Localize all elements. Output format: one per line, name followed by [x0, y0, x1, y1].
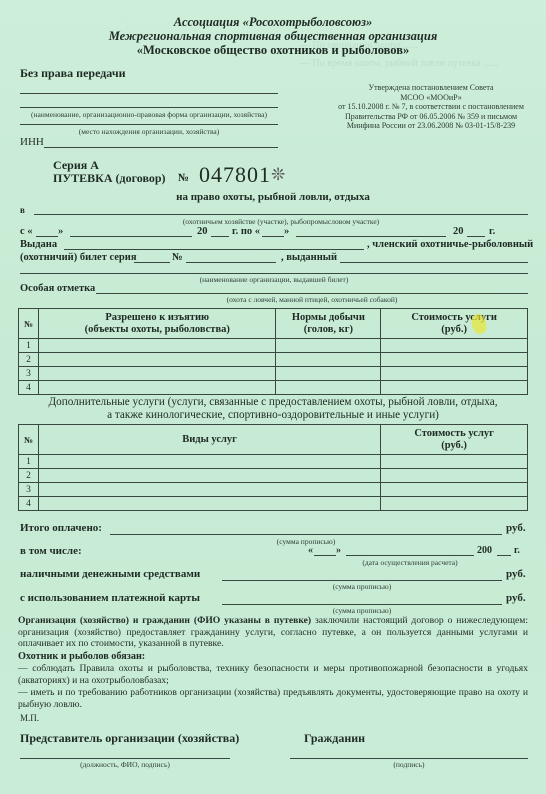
harvest-table-cell[interactable] [276, 353, 381, 367]
contract-paragraph: Организация (хозяйство) и гражданин (ФИО… [18, 615, 528, 650]
voucher-number: 047801 [199, 162, 271, 188]
card-amount-caption: (сумма прописью) [222, 606, 502, 615]
card-label: с использованием платежной карты [20, 592, 200, 604]
rub-label: руб. [506, 522, 526, 534]
date-to-year[interactable] [467, 236, 485, 237]
stamp-placeholder: М.П. [20, 713, 39, 723]
harvest-table-cell[interactable] [276, 367, 381, 381]
citizen-caption: (подпись) [290, 760, 528, 769]
extra-table-row: 2 [19, 469, 528, 483]
approval-line: Минфина России от 23.06.2008 № 03-01-15/… [316, 121, 546, 131]
harvest-table-cell[interactable] [381, 381, 528, 395]
association-name: Ассоциация «Росохотрыболовсоюз» [0, 16, 546, 29]
pay-date-open: « [308, 545, 313, 556]
total-paid-field[interactable] [110, 534, 502, 535]
inn-label: ИНН [20, 136, 44, 148]
representative-signature-field[interactable] [20, 758, 230, 759]
rub-label: руб. [506, 592, 526, 604]
issuer-field[interactable] [20, 273, 528, 274]
harvest-table-row: 2 [19, 353, 528, 367]
org-name-caption: (наименование, организационно-правовая ф… [20, 110, 278, 119]
harvest-table-cell[interactable] [276, 339, 381, 353]
representative-caption: (должность, ФИО, подпись) [20, 760, 230, 769]
extra-table-header-cell: Виды услуг [38, 425, 380, 455]
row-number: 3 [19, 483, 39, 497]
extra-table-cell[interactable] [381, 455, 528, 469]
row-number: 1 [19, 339, 39, 353]
harvest-table-row: 3 [19, 367, 528, 381]
in-label: в [20, 205, 25, 215]
total-amount-caption: (сумма прописью) [110, 537, 502, 546]
pay-year-prefix: 200 [477, 545, 492, 556]
harvest-table: №Разрешено к изъятию (объекты охоты, рыб… [18, 308, 528, 395]
extra-table-cell[interactable] [381, 469, 528, 483]
harvest-table-cell[interactable] [276, 381, 381, 395]
ticket-number-sign: № [172, 252, 183, 263]
issued-to-field[interactable] [64, 249, 364, 250]
pay-date-caption: (дата осуществления расчета) [346, 558, 474, 567]
harvest-table-header: №Разрешено к изъятию (объекты охоты, рыб… [19, 309, 528, 339]
ticket-series-field[interactable] [134, 262, 170, 263]
cash-amount-caption: (сумма прописью) [222, 582, 502, 591]
row-number: 4 [19, 497, 39, 511]
row-number: 1 [19, 455, 39, 469]
harvest-table-cell[interactable] [381, 367, 528, 381]
harvest-table-header-cell: № [19, 309, 39, 339]
approval-line: Правительства РФ от 06.05.2006 № 359 и п… [316, 112, 546, 122]
year-prefix-2: 20 [453, 226, 464, 237]
date-from-month[interactable] [70, 236, 192, 237]
voucher-subtitle: на право охоты, рыбной ловли, отдыха [0, 191, 546, 203]
extra-title-line: а также кинологические, спортивно-оздоро… [0, 409, 546, 422]
duty-item: — соблюдать Правила охоты и рыболовства,… [18, 663, 528, 686]
extra-table-row: 1 [19, 455, 528, 469]
total-paid-label: Итого оплачено: [20, 522, 102, 534]
citizen-signature-field[interactable] [290, 758, 528, 759]
extra-table-header-cell: № [19, 425, 39, 455]
issued-by-field[interactable] [340, 262, 528, 263]
year-prefix: 20 [197, 226, 208, 237]
extra-table-cell[interactable] [381, 483, 528, 497]
harvest-table-row: 4 [19, 381, 528, 395]
extra-table-header-cell: Стоимость услуг (руб.) [381, 425, 528, 455]
voucher-document: — По окончании охоты ...... — По время о… [0, 0, 546, 794]
cash-amount-field[interactable] [222, 580, 502, 581]
hunting-ground-field[interactable] [34, 214, 528, 215]
approval-line: Утверждена постановлением Совета [316, 83, 546, 93]
member-label: , членский охотничье-рыболовный [367, 239, 533, 250]
date-to-day[interactable] [262, 236, 284, 237]
harvest-table-header-cell: Нормы добычи (голов, кг) [276, 309, 381, 339]
bleed-through-text: — По время охоты, рыбной ловли путевка .… [300, 58, 498, 69]
extra-table-row: 3 [19, 483, 528, 497]
extra-services-title: Дополнительные услуги (услуги, связанные… [0, 396, 546, 422]
extra-title-line: Дополнительные услуги (услуги, связанные… [0, 396, 546, 409]
date-from-day[interactable] [36, 236, 58, 237]
no-transfer-label: Без права передачи [20, 66, 126, 81]
approval-line: от 15.10.2008 г. № 7, в соответствии с п… [316, 102, 546, 112]
ticket-series-label: (охотничий) билет серия [20, 252, 137, 263]
year-suffix-2: г. [489, 226, 495, 237]
extra-table-cell[interactable] [38, 469, 380, 483]
issued-label: Выдана [20, 239, 57, 250]
pay-year-suffix: г. [514, 545, 520, 556]
date-to-close: » [284, 226, 289, 237]
pay-date-day[interactable] [314, 555, 336, 556]
special-mark-caption: (охота с ловчей, манной птицей, охотничь… [96, 295, 528, 304]
number-sign: № [178, 172, 189, 184]
row-number: 2 [19, 353, 39, 367]
duties-title: Охотник и рыболов обязан: [18, 651, 528, 663]
harvest-table-cell[interactable] [38, 353, 276, 367]
org-location-caption: (место нахождения организации, хозяйства… [20, 127, 278, 136]
approval-line: МСОО «МООиР» [316, 93, 546, 103]
date-from-year[interactable] [211, 236, 229, 237]
org-name-line[interactable] [20, 107, 278, 108]
harvest-table-cell[interactable] [381, 353, 528, 367]
extra-table-cell[interactable] [381, 497, 528, 511]
special-mark-label: Особая отметка [20, 283, 95, 294]
citizen-label: Гражданин [304, 731, 365, 746]
year-to-label: г. по « [232, 226, 260, 237]
extra-table-cell[interactable] [38, 455, 380, 469]
harvest-table-header-cell: Разрешено к изъятию (объекты охоты, рыбо… [38, 309, 276, 339]
issued-by-label: , выданный [281, 252, 337, 263]
hunting-ground-caption: (охотничьем хозяйстве (участке), рыбопро… [34, 217, 528, 226]
date-from-close: » [58, 226, 63, 237]
representative-label: Представитель организации (хозяйства) [20, 731, 239, 746]
org-line[interactable] [20, 93, 278, 94]
harvest-table-cell[interactable] [381, 339, 528, 353]
harvest-table-row: 1 [19, 339, 528, 353]
pay-date-close: » [336, 545, 341, 556]
cash-label: наличными денежными средствами [20, 568, 200, 580]
date-from-open: с « [20, 226, 33, 237]
row-number: 4 [19, 381, 39, 395]
card-amount-field[interactable] [222, 604, 502, 605]
issuer-caption: (наименование организации, выдавшей биле… [20, 275, 528, 284]
extra-table-cell[interactable] [38, 483, 380, 497]
including-label: в том числе: [20, 545, 82, 557]
ticket-number-field[interactable] [186, 262, 276, 263]
special-mark-field[interactable] [96, 293, 528, 294]
harvest-table-header-cell: Стоимость услуги (руб.) [381, 309, 528, 339]
contract-lead: Организация (хозяйство) и гражданин (ФИО… [18, 615, 311, 626]
harvest-table-cell[interactable] [38, 367, 276, 381]
organization-name: «Московское общество охотников и рыболов… [0, 44, 546, 57]
inn-field[interactable] [44, 147, 278, 148]
extra-table-row: 4 [19, 497, 528, 511]
row-number: 2 [19, 469, 39, 483]
duty-item: — иметь и по требованию работников орган… [18, 687, 528, 710]
pay-date-year[interactable] [497, 555, 511, 556]
harvest-table-cell[interactable] [38, 339, 276, 353]
rub-label: руб. [506, 568, 526, 580]
voucher-title: ПУТЕВКА (договор) [53, 171, 166, 186]
ornament-icon: ❊ [271, 165, 285, 185]
date-to-month[interactable] [296, 236, 446, 237]
harvest-table-cell[interactable] [38, 381, 276, 395]
extra-table-cell[interactable] [38, 497, 380, 511]
approval-note: Утверждена постановлением Совета МСОО «М… [316, 83, 546, 131]
pay-date-month[interactable] [346, 555, 474, 556]
row-number: 3 [19, 367, 39, 381]
extra-services-table: №Виды услугСтоимость услуг (руб.) 1234 [18, 424, 528, 511]
organization-type: Межрегиональная спортивная общественная … [0, 30, 546, 43]
extra-table-header: №Виды услугСтоимость услуг (руб.) [19, 425, 528, 455]
org-location-line[interactable] [20, 124, 278, 125]
